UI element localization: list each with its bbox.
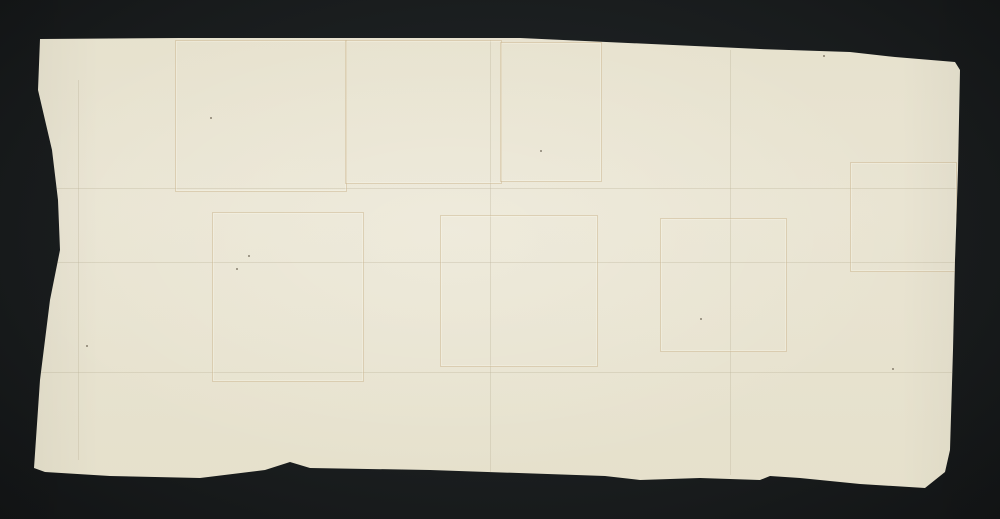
fabric-speck bbox=[540, 150, 542, 152]
fabric-speck bbox=[700, 318, 702, 320]
patch-top-center bbox=[345, 40, 502, 184]
patch-top-left bbox=[175, 40, 347, 192]
patch-top-right bbox=[500, 42, 602, 182]
fabric-speck bbox=[86, 345, 88, 347]
vertical-fold-left bbox=[78, 80, 79, 460]
fabric-speck bbox=[210, 117, 212, 119]
patch-middle-left bbox=[212, 212, 364, 382]
patch-right-upper bbox=[850, 162, 957, 272]
fabric-speck bbox=[248, 255, 250, 257]
patch-middle-center bbox=[440, 215, 598, 367]
patch-middle-right bbox=[660, 218, 787, 352]
fabric-speck bbox=[236, 268, 238, 270]
horizontal-fold bbox=[40, 372, 960, 373]
cream-textile bbox=[0, 0, 1000, 519]
fabric-speck bbox=[892, 368, 894, 370]
fabric-speck bbox=[823, 55, 825, 57]
